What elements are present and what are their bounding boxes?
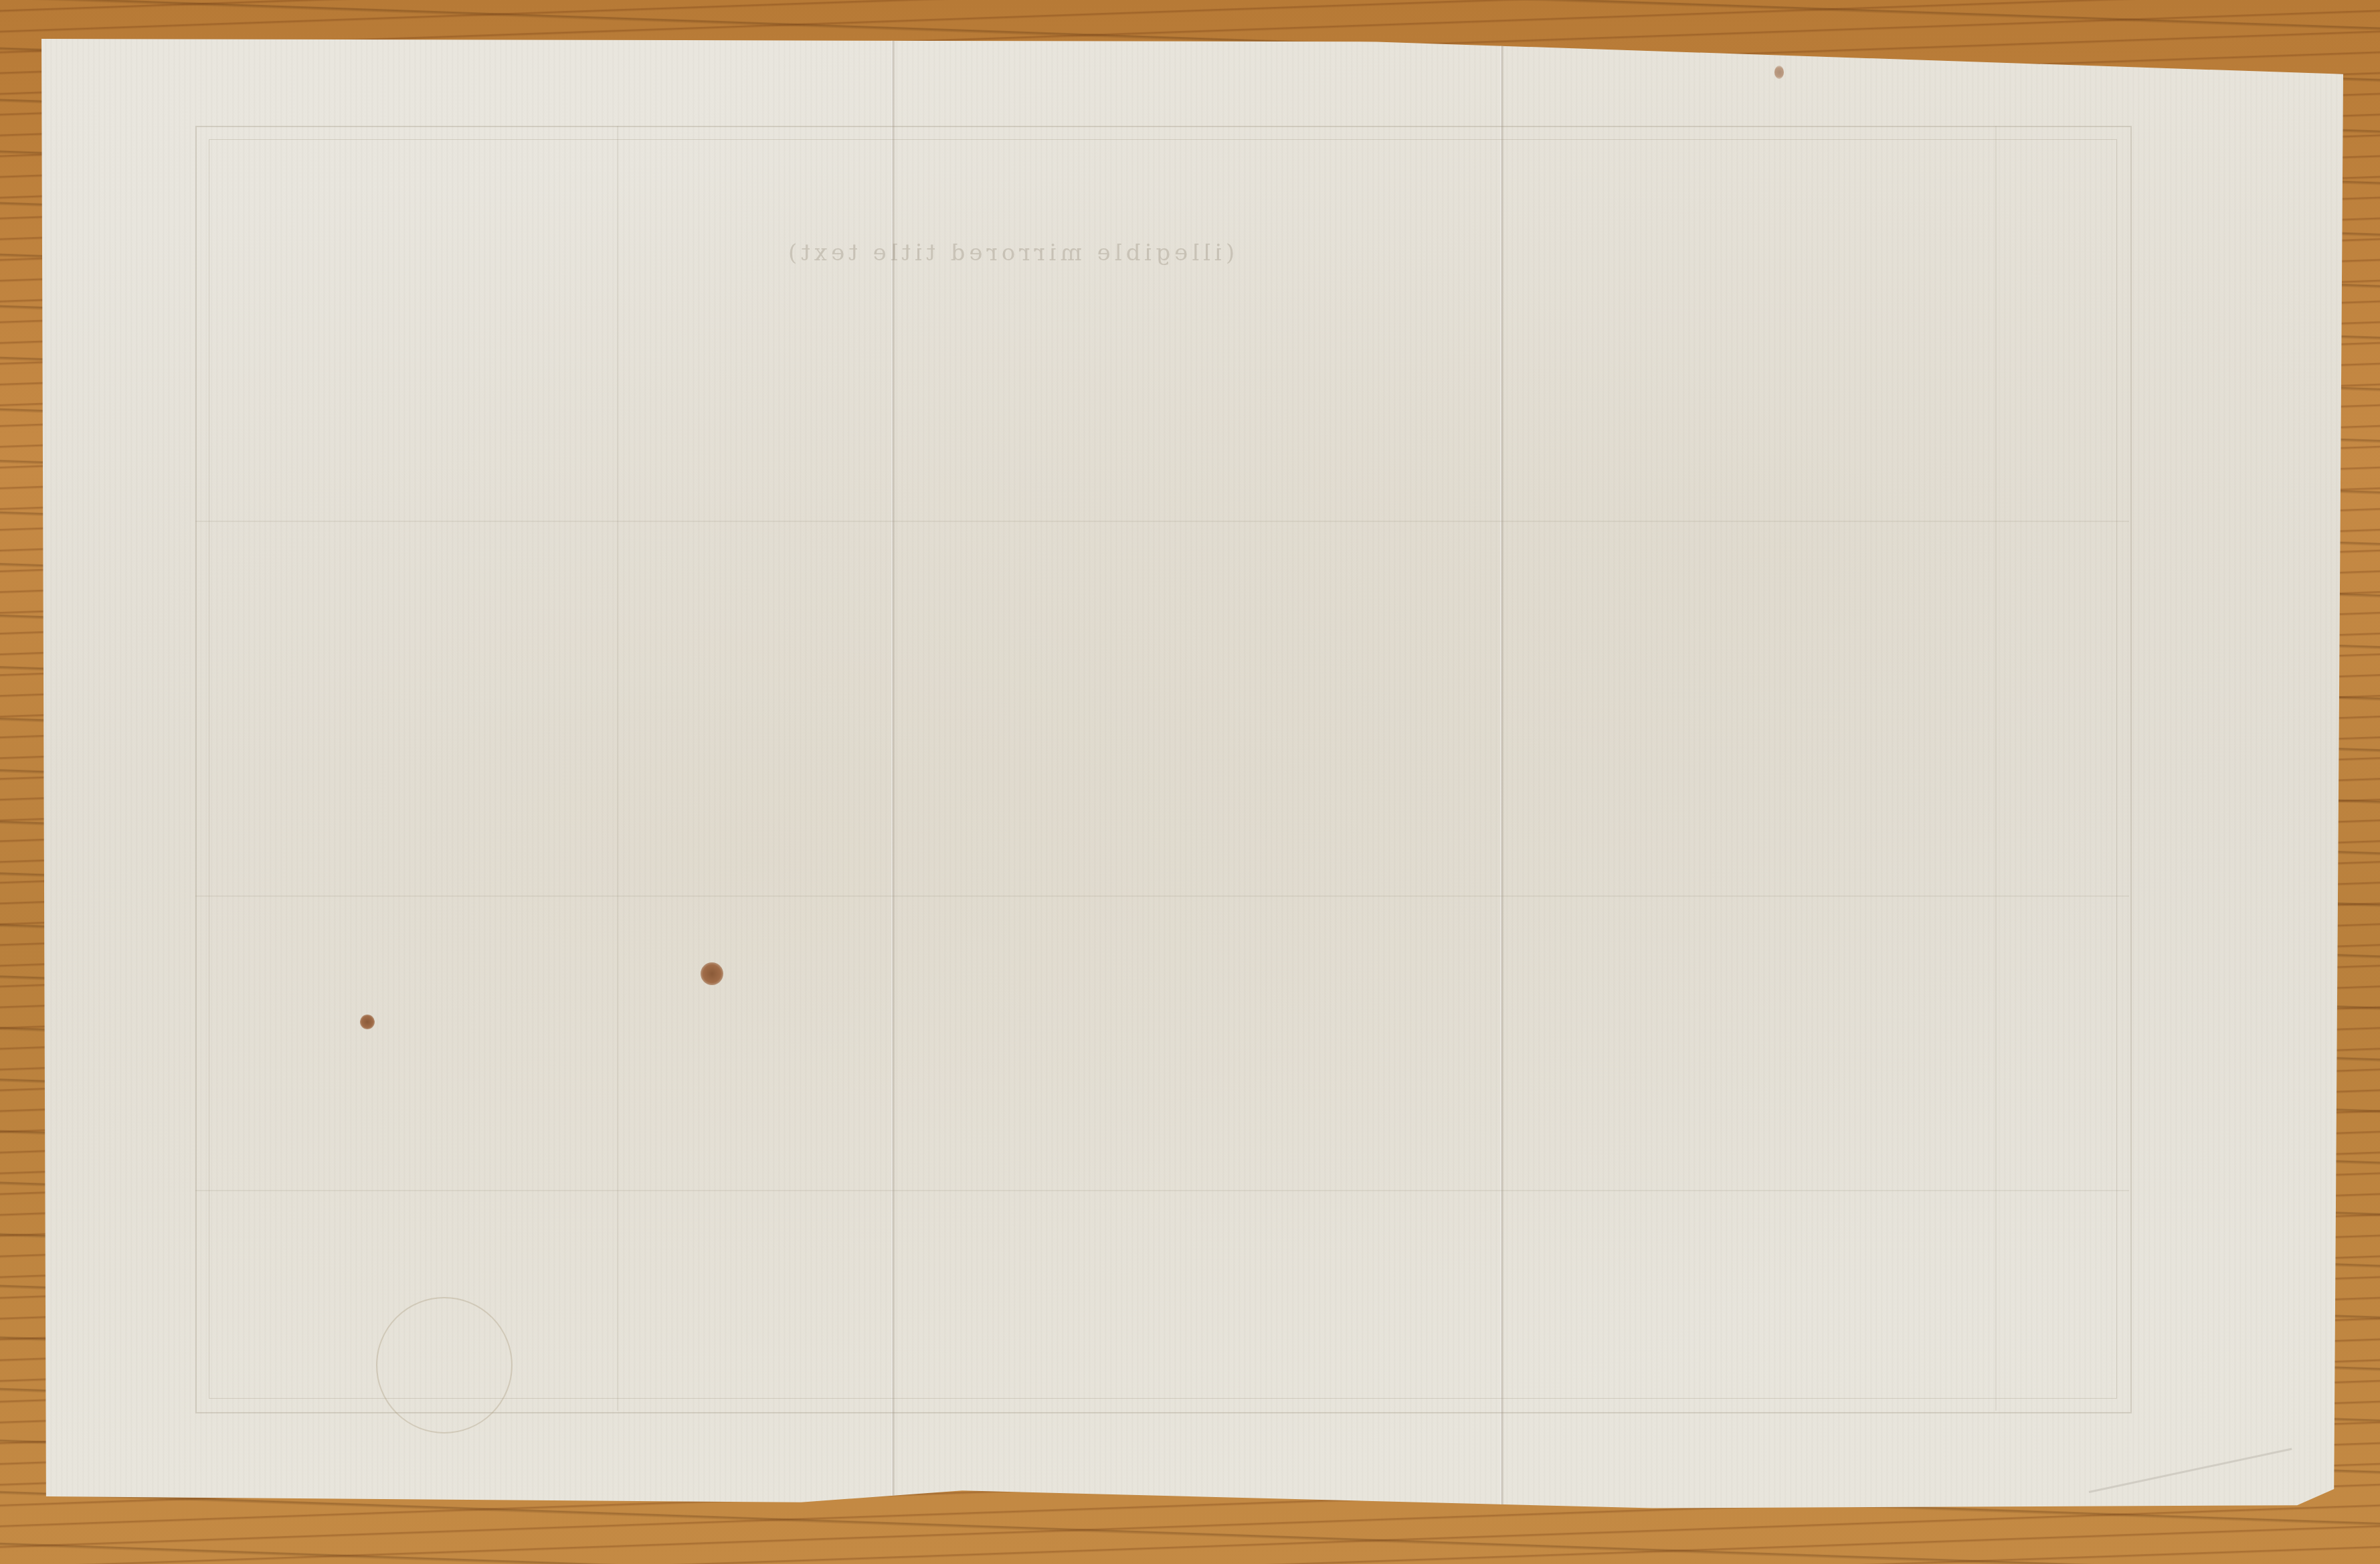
stamp-ring: [376, 1297, 513, 1433]
show-through-title-small: (illegible mirrored title text): [784, 240, 1234, 266]
foxing-spot: [360, 1015, 375, 1029]
foxing-spot: [701, 962, 723, 985]
graticule-line: [195, 1190, 2129, 1191]
graticule-line: [1995, 126, 1997, 1411]
plate-mark-inner-border: [209, 139, 2117, 1399]
map-sheet-reverse: (illegible mirrored title text) ​: [41, 39, 2343, 1511]
graticule-line: [195, 521, 2129, 522]
foxing-spot: [1774, 66, 1784, 79]
corner-crease: [2089, 1448, 2292, 1493]
graticule-line: [195, 895, 2129, 897]
graticule-line: [617, 126, 618, 1411]
